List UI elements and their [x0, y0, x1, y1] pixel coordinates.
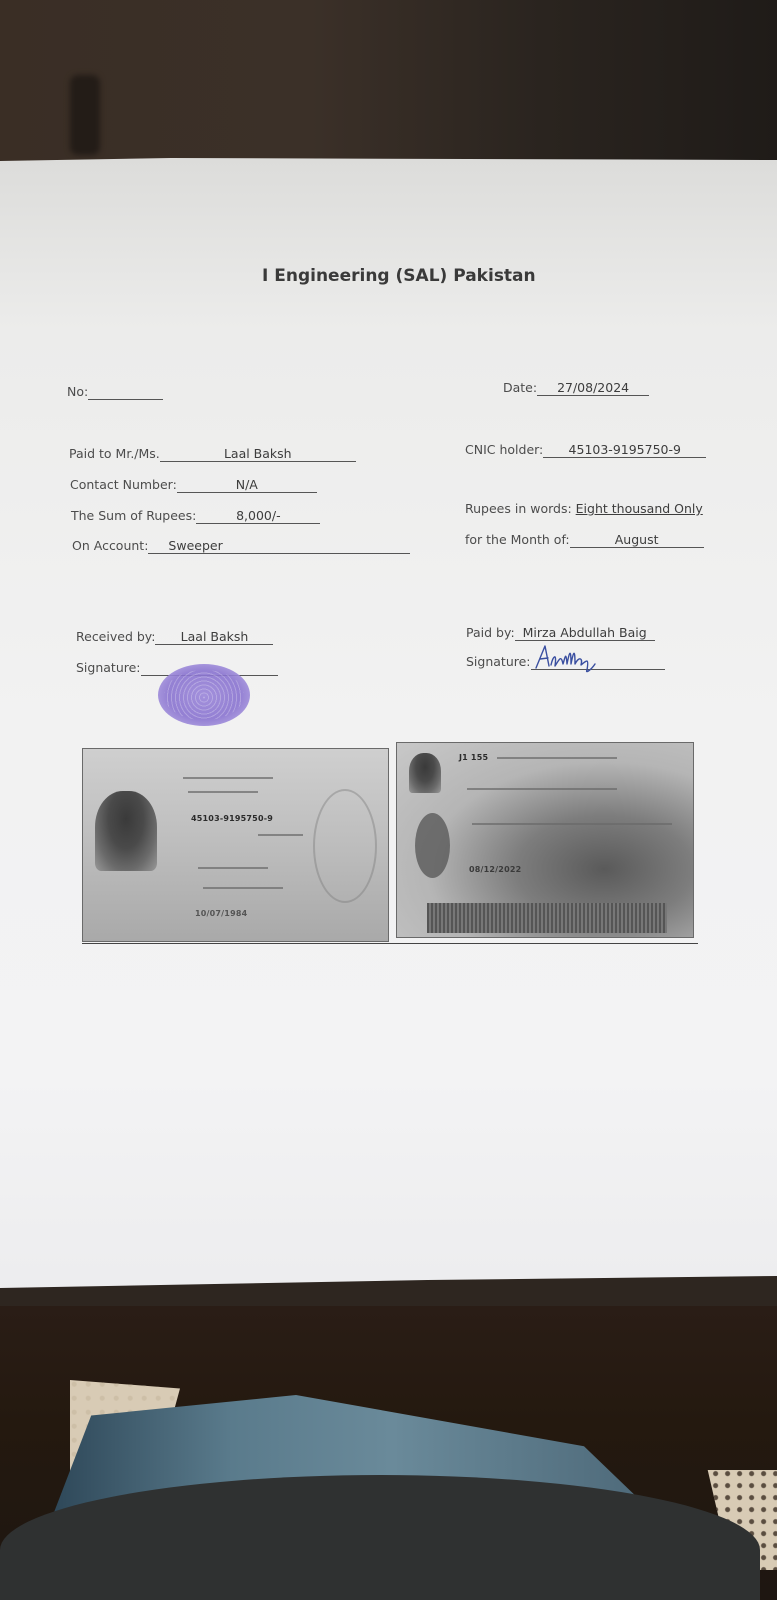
on-account-field: On Account:Sweeper — [72, 538, 410, 554]
cnic-holder-value: 45103-9195750-9 — [543, 442, 706, 458]
receipt-no-field: No: — [67, 384, 163, 400]
paid-by-label: Paid by: — [466, 625, 515, 640]
contact-number-value: N/A — [177, 477, 317, 493]
paid-to-label: Paid to Mr./Ms. — [69, 446, 160, 461]
cnic-holder-field: CNIC holder:45103-9195750-9 — [465, 442, 706, 458]
sum-of-rupees-field: The Sum of Rupees:8,000/- — [71, 508, 320, 524]
contact-number-label: Contact Number: — [70, 477, 177, 492]
handwritten-signature — [533, 640, 613, 674]
sum-of-rupees-value: 8,000/- — [196, 508, 320, 524]
thumbprint-mark — [158, 664, 250, 726]
date-field: Date:27/08/2024 — [503, 380, 649, 396]
paid-to-value: Laal Baksh — [160, 446, 356, 462]
payment-receipt: I Engineering (SAL) Pakistan No: Date:27… — [0, 0, 777, 1600]
rupees-in-words-field: Rupees in words: Eight thousand Only — [465, 501, 703, 516]
receipt-no-value — [88, 384, 163, 400]
company-title: I Engineering (SAL) Pakistan — [262, 266, 536, 286]
receiver-signature-label: Signature: — [76, 660, 141, 675]
cnic-back-thumbprint — [415, 813, 450, 878]
cnic-back-header: J1 155 — [459, 753, 488, 762]
date-label: Date: — [503, 380, 537, 395]
date-value: 27/08/2024 — [537, 380, 649, 396]
on-account-label: On Account: — [72, 538, 148, 553]
payer-signature-label: Signature: — [466, 654, 531, 669]
cnic-front-date: 10/07/1984 — [195, 909, 247, 918]
cnic-front-photo — [95, 791, 157, 871]
paid-by-value: Mirza Abdullah Baig — [515, 625, 655, 641]
contact-number-field: Contact Number:N/A — [70, 477, 317, 493]
month-value: August — [570, 532, 704, 548]
paid-by-field: Paid by:Mirza Abdullah Baig — [466, 625, 655, 641]
cnic-back-photo — [409, 753, 441, 793]
paid-to-field: Paid to Mr./Ms.Laal Baksh — [69, 446, 356, 462]
sum-of-rupees-label: The Sum of Rupees: — [71, 508, 196, 523]
cnic-front-number: 45103-9195750-9 — [191, 814, 273, 823]
cnic-base-line — [82, 943, 698, 944]
cnic-back-barcode — [427, 903, 667, 933]
month-field: for the Month of:August — [465, 532, 704, 548]
received-by-label: Received by: — [76, 629, 155, 644]
month-label: for the Month of: — [465, 532, 570, 547]
cnic-holder-label: CNIC holder: — [465, 442, 543, 457]
rupees-in-words-label: Rupees in words: — [465, 501, 572, 516]
receipt-no-label: No: — [67, 384, 88, 399]
rupees-in-words-value: Eight thousand Only — [576, 501, 703, 516]
on-account-value: Sweeper — [148, 538, 410, 554]
cnic-back-date: 08/12/2022 — [469, 865, 521, 874]
cnic-back-copy: J1 155 08/12/2022 — [396, 742, 694, 938]
cnic-front-copy: 45103-9195750-9 10/07/1984 — [82, 748, 389, 942]
received-by-value: Laal Baksh — [155, 629, 273, 645]
received-by-field: Received by:Laal Baksh — [76, 629, 273, 645]
